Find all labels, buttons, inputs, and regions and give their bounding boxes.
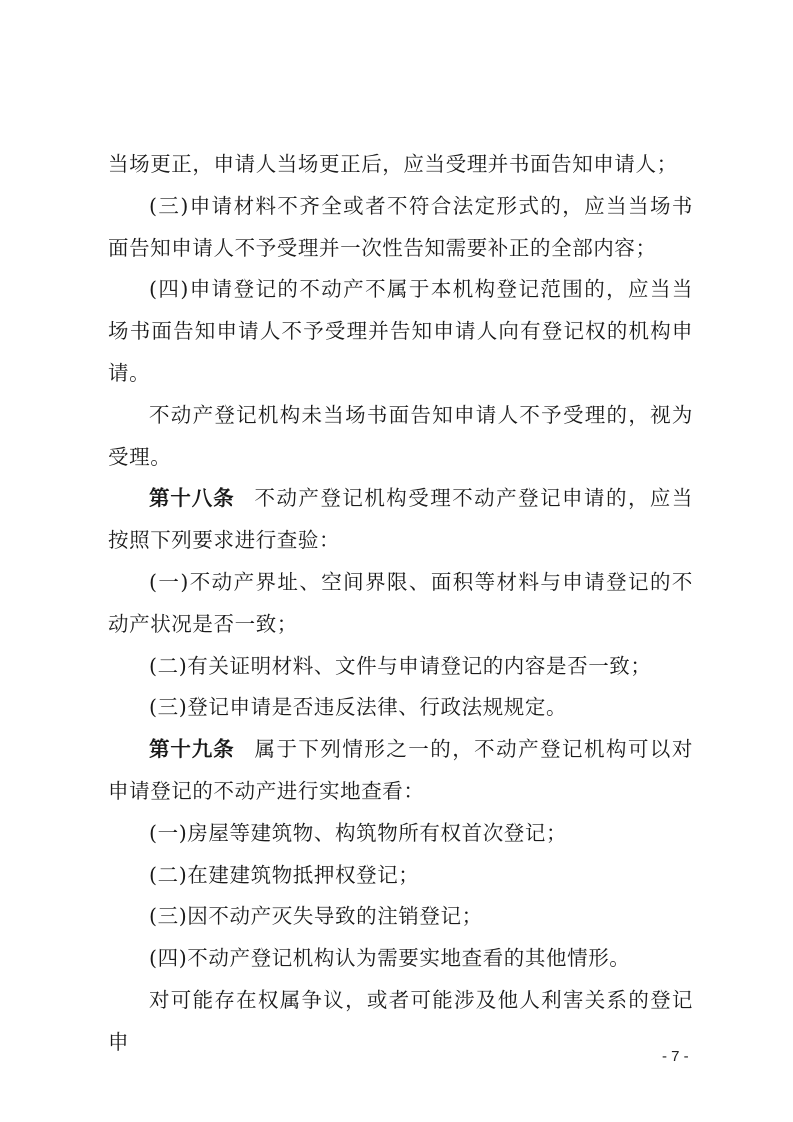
page-number: - 7 - bbox=[662, 1048, 689, 1065]
document-page: 当场更正，申请人当场更正后，应当受理并书面告知申请人； (三)申请材料不齐全或者… bbox=[0, 0, 793, 1122]
article-18: 第十八条不动产登记机构受理不动产登记申请的，应当按照下列要求进行查验： bbox=[108, 478, 693, 562]
paragraph-dispute: 对可能存在权属争议，或者可能涉及他人利害关系的登记申 bbox=[108, 980, 693, 1064]
article-19-item-2: (二)在建建筑物抵押权登记； bbox=[108, 855, 693, 897]
paragraph-item-3: (三)申请材料不齐全或者不符合法定形式的，应当当场书面告知申请人不予受理并一次性… bbox=[108, 186, 693, 270]
article-18-item-3: (三)登记申请是否违反法律、行政法规规定。 bbox=[108, 687, 693, 729]
paragraph-item-4: (四)申请登记的不动产不属于本机构登记范围的，应当当场书面告知申请人不予受理并告… bbox=[108, 269, 693, 394]
paragraph-deemed-accepted: 不动产登记机构未当场书面告知申请人不予受理的，视为受理。 bbox=[108, 395, 693, 479]
article-19-item-1: (一)房屋等建筑物、构筑物所有权首次登记； bbox=[108, 813, 693, 855]
article-number: 第十九条 bbox=[149, 737, 234, 761]
paragraph-continuation: 当场更正，申请人当场更正后，应当受理并书面告知申请人； bbox=[108, 144, 693, 186]
article-19-item-3: (三)因不动产灭失导致的注销登记； bbox=[108, 896, 693, 938]
article-18-item-2: (二)有关证明材料、文件与申请登记的内容是否一致； bbox=[108, 646, 693, 688]
article-19: 第十九条属于下列情形之一的，不动产登记机构可以对申请登记的不动产进行实地查看： bbox=[108, 729, 693, 813]
document-body: 当场更正，申请人当场更正后，应当受理并书面告知申请人； (三)申请材料不齐全或者… bbox=[108, 144, 693, 1064]
article-19-item-4: (四)不动产登记机构认为需要实地查看的其他情形。 bbox=[108, 938, 693, 980]
article-18-item-1: (一)不动产界址、空间界限、面积等材料与申请登记的不动产状况是否一致； bbox=[108, 562, 693, 646]
article-number: 第十八条 bbox=[149, 486, 234, 510]
